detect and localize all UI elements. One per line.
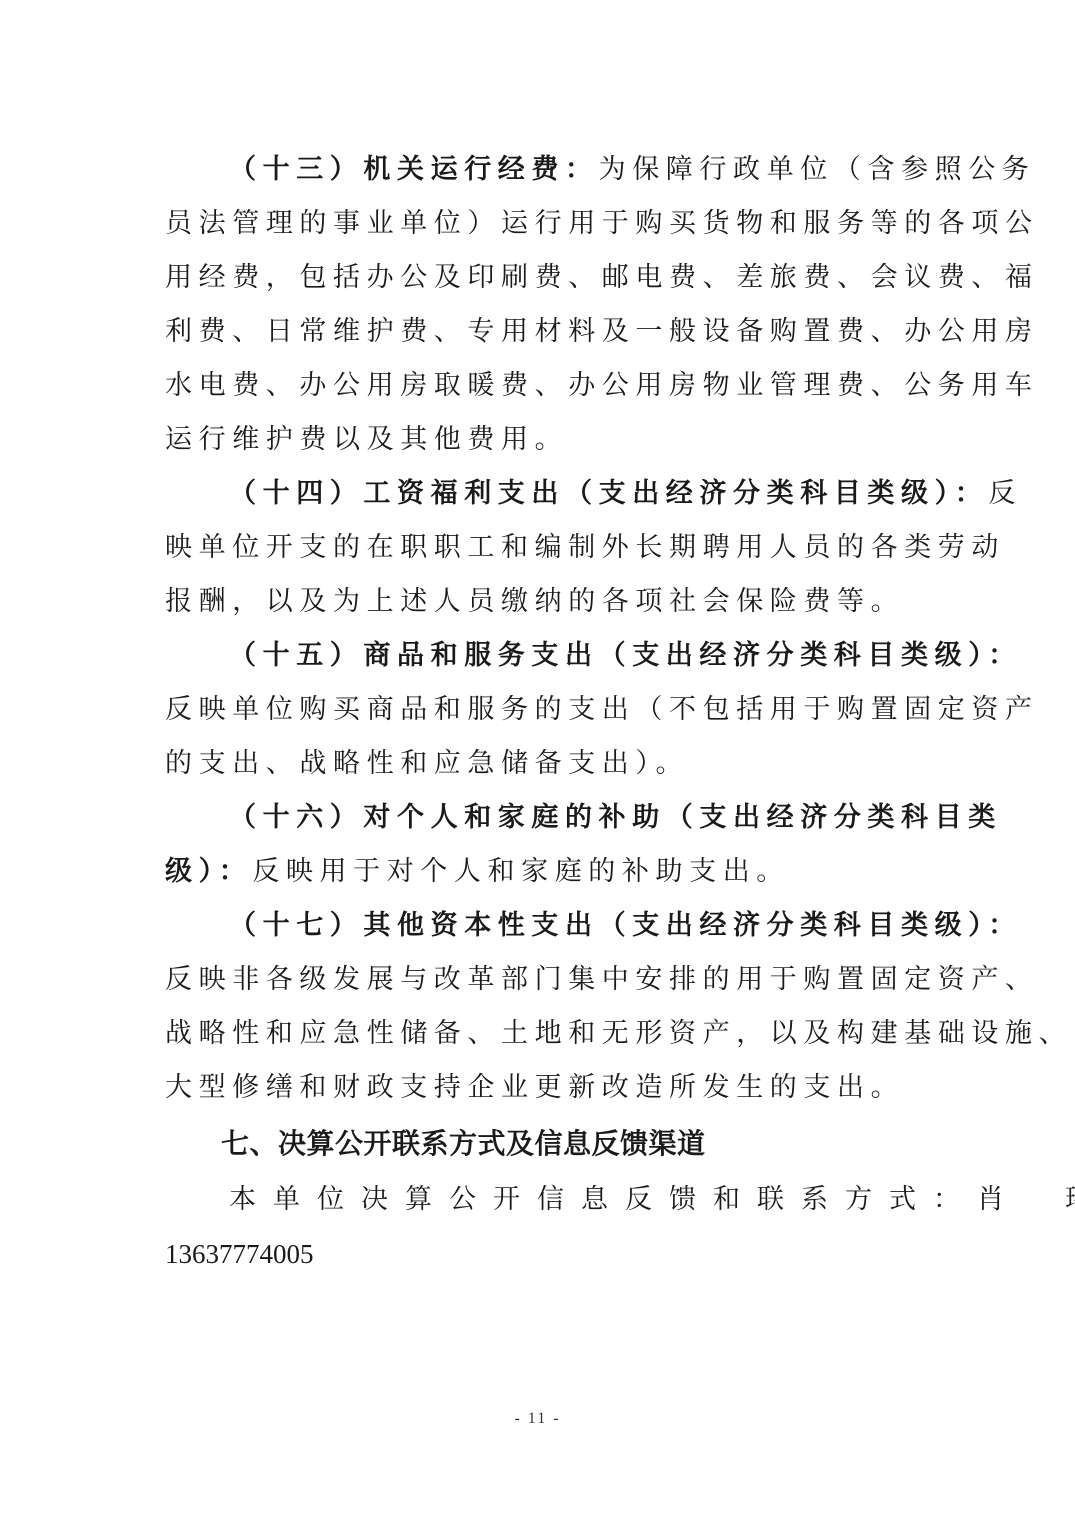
section-title-continued: 级）： bbox=[165, 856, 252, 887]
section-title: （十四）工资福利支出（支出经济分类科目类级）： bbox=[229, 478, 988, 509]
paragraph-text: 为保障行政单位（含参照公务 bbox=[599, 154, 1036, 185]
section-title: （十五）商品和服务支出（支出经济分类科目类级）： bbox=[165, 629, 915, 683]
paragraph-line: 水电费、办公用房取暖费、办公用房物业管理费、公务用车 bbox=[165, 359, 915, 413]
paragraph-line: 映单位开支的在职职工和编制外长期聘用人员的各类劳动 bbox=[165, 521, 915, 575]
paragraph-line: 用经费，包括办公及印刷费、邮电费、差旅费、会议费、福 bbox=[165, 251, 915, 305]
paragraph-text: 反 bbox=[988, 478, 1022, 509]
section-17: （十七）其他资本性支出（支出经济分类科目类级）： 反映非各级发展与改革部门集中安… bbox=[165, 899, 915, 1115]
contact-phone: 13637774005 bbox=[165, 1227, 915, 1281]
paragraph-line: 反映单位购买商品和服务的支出（不包括用于购置固定资产 bbox=[165, 683, 915, 737]
paragraph-line: 大型修缮和财政支持企业更新改造所发生的支出。 bbox=[165, 1061, 915, 1115]
paragraph-line: （十三）机关运行经费：为保障行政单位（含参照公务 bbox=[165, 143, 915, 197]
paragraph-text: 反映用于对个人和家庭的补助支出。 bbox=[252, 856, 790, 887]
paragraph-line: （十四）工资福利支出（支出经济分类科目类级）：反 bbox=[165, 467, 915, 521]
contact-block: 本单位决算公开信息反馈和联系方式：肖 瑶 13637774005 bbox=[165, 1173, 915, 1281]
document-body: （十三）机关运行经费：为保障行政单位（含参照公务 员法管理的事业单位）运行用于购… bbox=[165, 143, 915, 1281]
paragraph-line: 运行维护费以及其他费用。 bbox=[165, 413, 915, 467]
section-14: （十四）工资福利支出（支出经济分类科目类级）：反 映单位开支的在职职工和编制外长… bbox=[165, 467, 915, 629]
paragraph-line: 反映非各级发展与改革部门集中安排的用于购置固定资产、 bbox=[165, 953, 915, 1007]
paragraph-line: 的支出、战略性和应急储备支出）。 bbox=[165, 737, 915, 791]
contact-line: 本单位决算公开信息反馈和联系方式：肖 瑶 bbox=[165, 1173, 915, 1227]
section-13: （十三）机关运行经费：为保障行政单位（含参照公务 员法管理的事业单位）运行用于购… bbox=[165, 143, 915, 467]
section-title: （十七）其他资本性支出（支出经济分类科目类级）： bbox=[165, 899, 915, 953]
paragraph-line: 利费、日常维护费、专用材料及一般设备购置费、办公用房 bbox=[165, 305, 915, 359]
section-heading: 七、决算公开联系方式及信息反馈渠道 bbox=[165, 1115, 915, 1173]
page-number: - 11 - bbox=[0, 1410, 1075, 1428]
section-title: （十六）对个人和家庭的补助（支出经济分类科目类 bbox=[165, 791, 915, 845]
paragraph-line: 级）：反映用于对个人和家庭的补助支出。 bbox=[165, 845, 915, 899]
section-title: （十三）机关运行经费： bbox=[229, 154, 599, 185]
paragraph-line: 战略性和应急性储备、土地和无形资产，以及构建基础设施、 bbox=[165, 1007, 915, 1061]
contact-name: 肖 瑶 bbox=[977, 1184, 1075, 1215]
section-16: （十六）对个人和家庭的补助（支出经济分类科目类 级）：反映用于对个人和家庭的补助… bbox=[165, 791, 915, 899]
contact-label: 本单位决算公开信息反馈和联系方式： bbox=[229, 1184, 977, 1215]
paragraph-line: 报酬，以及为上述人员缴纳的各项社会保险费等。 bbox=[165, 575, 915, 629]
section-15: （十五）商品和服务支出（支出经济分类科目类级）： 反映单位购买商品和服务的支出（… bbox=[165, 629, 915, 791]
paragraph-line: 员法管理的事业单位）运行用于购买货物和服务等的各项公 bbox=[165, 197, 915, 251]
